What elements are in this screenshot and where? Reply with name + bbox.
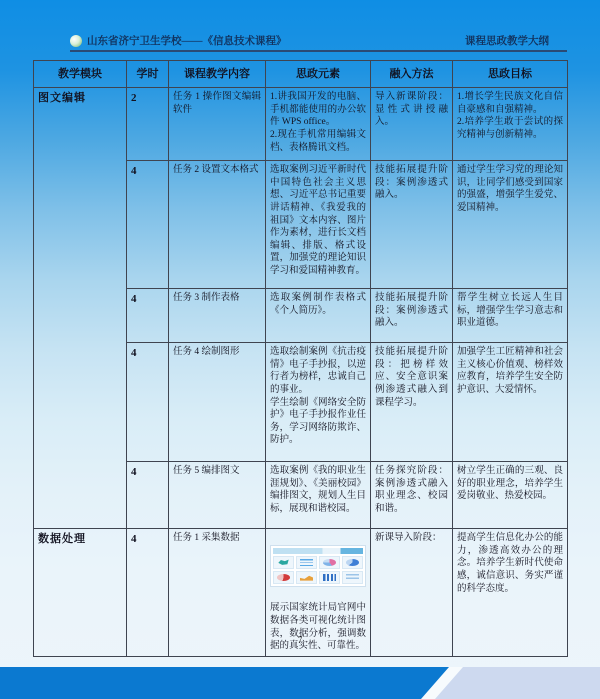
school-title: 山东省济宁卫生学校——《信息技术课程》	[87, 33, 465, 48]
school-logo-icon	[70, 35, 82, 47]
hours-cell: 2	[127, 88, 169, 161]
bottom-band-lavender-shape	[430, 667, 600, 699]
elements-cell: 选取案例制作表格式《个人简历》。	[266, 289, 371, 343]
page-number: 7	[33, 636, 567, 646]
document-page: 山东省济宁卫生学校——《信息技术课程》 课程思政教学大纲 教学模块 学时 课程教…	[0, 0, 600, 699]
col-header-goal: 思政目标	[453, 61, 568, 88]
content-cell: 任务 2 设置文本格式	[169, 161, 266, 289]
hours-cell: 4	[127, 289, 169, 343]
statistics-dashboard-thumbnail	[270, 545, 366, 587]
mini-line-chart	[296, 556, 317, 569]
content-cell: 任务 5 编排图文	[169, 462, 266, 529]
method-cell: 技能拓展提升阶段：案例渗透式融入。	[371, 161, 453, 289]
col-header-content: 课程教学内容	[169, 61, 266, 88]
method-cell: 技能拓展提升阶段：把榜样效应、安全意识案例渗透式融入到课程学习。	[371, 343, 453, 462]
goal-cell: 加强学生工匠精神和社会主义核心价值观、榜样效应教育，培养学生安全防护意识、大爱情…	[453, 343, 568, 462]
elements-cell: 选取案例习近平新时代中国特色社会主义思想、习近平总书记重要讲话精神、《我爱我的祖…	[266, 161, 371, 289]
hours-cell: 4	[127, 462, 169, 529]
col-header-elements: 思政元素	[266, 61, 371, 88]
elements-cell: 选取绘制案例《抗击疫情》电子手抄报，以逆行者为榜样，忠诚自己的事业。 学生绘制《…	[266, 343, 371, 462]
mini-pie-chart	[319, 556, 340, 569]
goal-cell: 树立学生正确的三观、良好的职业理念，培养学生爱岗敬业、热爱校园。	[453, 462, 568, 529]
mini-text-tile	[342, 571, 363, 584]
document-header: 山东省济宁卫生学校——《信息技术课程》 课程思政教学大纲	[70, 31, 567, 52]
goal-cell: 通过学生学习党的理论知识，让同学们感受到国家的强盛，增强学生爱党、爱国精神。	[453, 161, 568, 289]
table-header-row: 教学模块 学时 课程教学内容 思政元素 融入方法 思政目标	[34, 61, 568, 88]
method-cell: 任务探究阶段：案例渗透式融入职业理念、校园和谐。	[371, 462, 453, 529]
hours-cell: 4	[127, 343, 169, 462]
col-header-method: 融入方法	[371, 61, 453, 88]
mini-bar-chart	[319, 571, 340, 584]
method-cell: 技能拓展提升阶段：案例渗透式融入。	[371, 289, 453, 343]
bottom-band-blue-shape	[0, 667, 460, 699]
goal-cell: 1.增长学生民族文化自信自豪感和自强精神。 2.培养学生敢于尝试的探究精神与创新…	[453, 88, 568, 161]
content-cell: 任务 4 绘制图形	[169, 343, 266, 462]
mini-map-chart	[273, 556, 294, 569]
table-row: 图文编辑 2 任务 1 操作图文编辑软件 1.讲我国开发的电脑、手机都能使用的办…	[34, 88, 568, 161]
content-cell: 任务 1 操作图文编辑软件	[169, 88, 266, 161]
bottom-decoration-band	[0, 667, 600, 699]
hours-cell: 4	[127, 161, 169, 289]
col-header-hours: 学时	[127, 61, 169, 88]
mini-donut-chart	[342, 556, 363, 569]
elements-cell: 选取案例《我的职业生涯规划》、《美丽校园》编排图文，规划人生目标，展现和谐校园。	[266, 462, 371, 529]
document-title: 课程思政教学大纲	[465, 33, 567, 48]
content-cell: 任务 3 制作表格	[169, 289, 266, 343]
elements-cell: 1.讲我国开发的电脑、手机都能使用的办公软件 WPS office。 2.现在手…	[266, 88, 371, 161]
mini-area-chart	[296, 571, 317, 584]
col-header-module: 教学模块	[34, 61, 127, 88]
mini-pie-chart	[273, 571, 294, 584]
method-cell: 导入新课阶段：显性式讲授融入。	[371, 88, 453, 161]
thumbnail-header-strip	[273, 548, 363, 554]
goal-cell: 帮学生树立长远人生目标，增强学生学习意志和职业道德。	[453, 289, 568, 343]
curriculum-table: 教学模块 学时 课程教学内容 思政元素 融入方法 思政目标 图文编辑 2 任务 …	[33, 60, 568, 657]
module-name-cell: 图文编辑	[34, 88, 127, 529]
